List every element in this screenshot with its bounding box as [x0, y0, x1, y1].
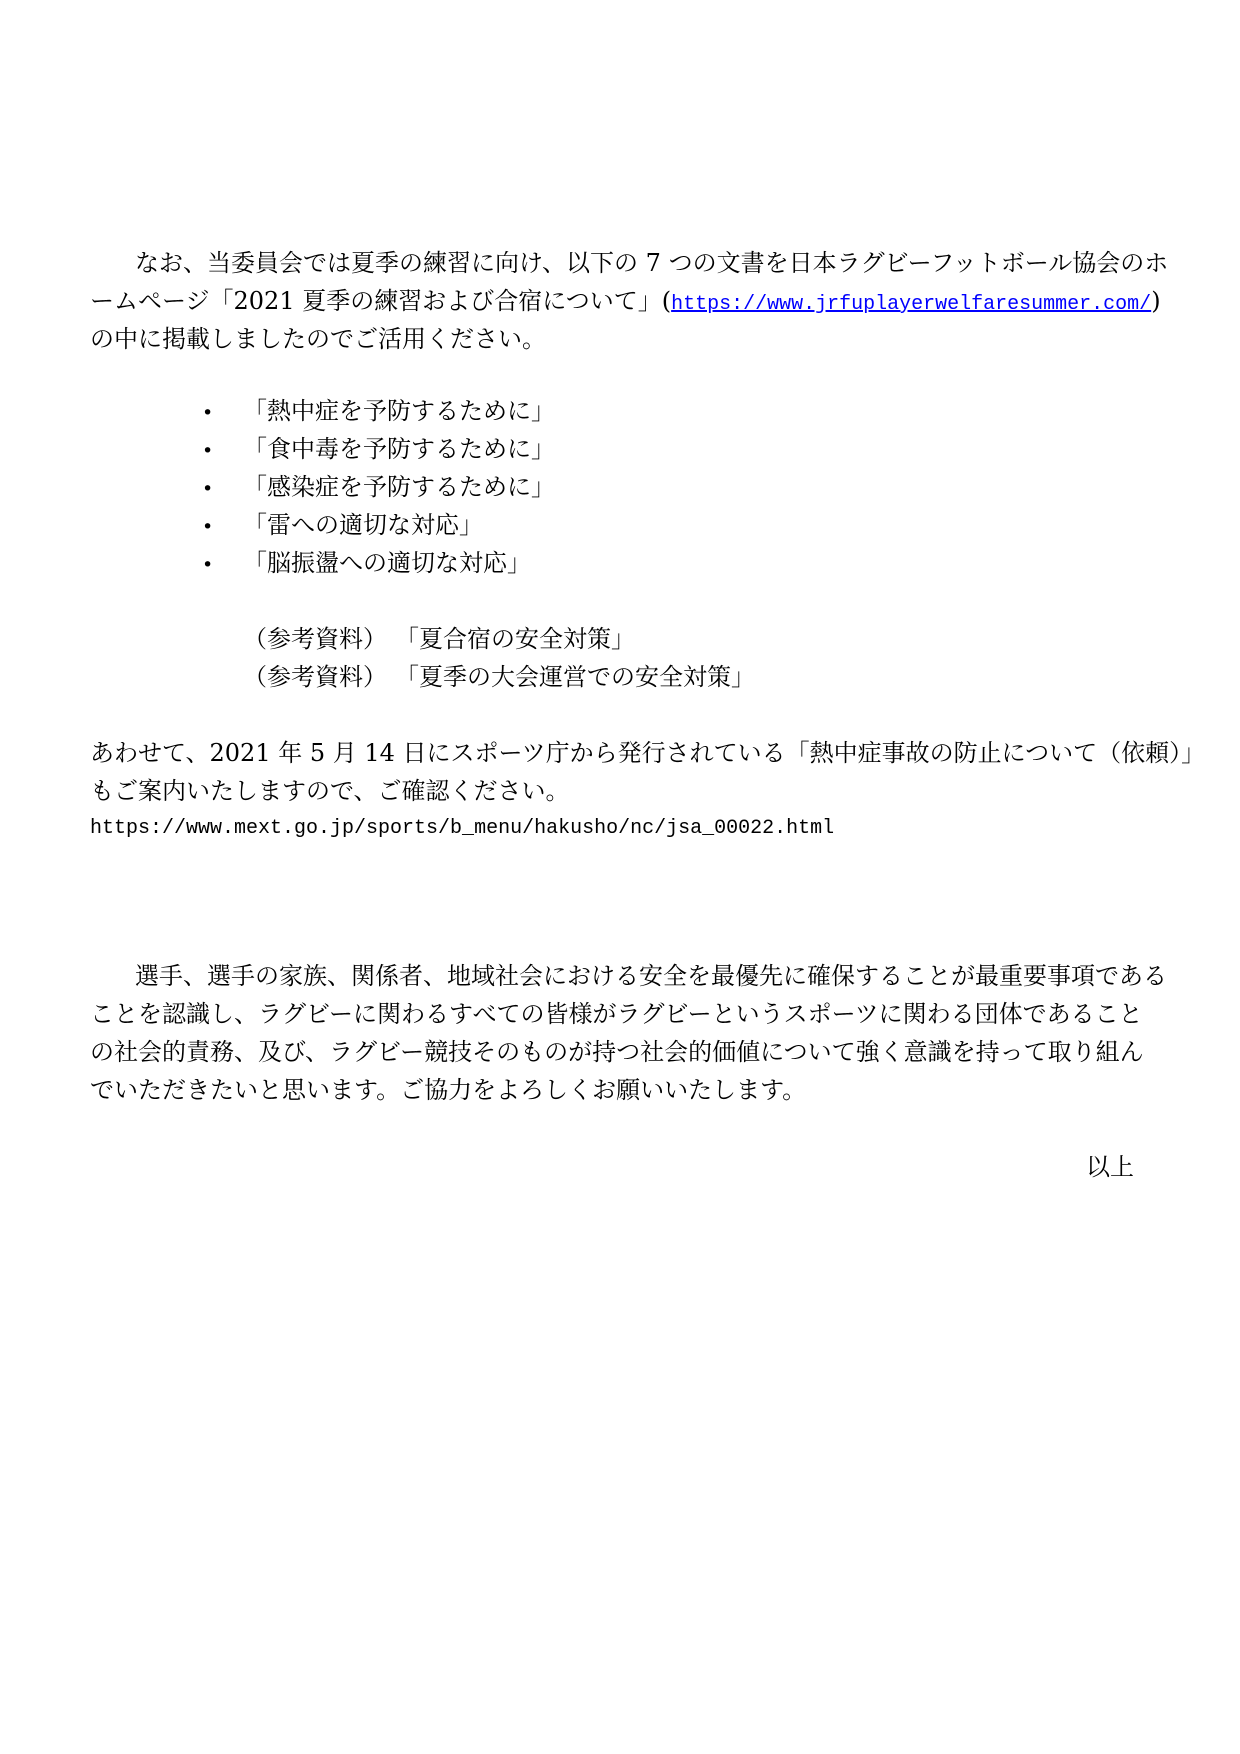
- sign-off: 以上: [1086, 1148, 1134, 1186]
- reference-label: （参考資料）: [243, 663, 387, 691]
- document-title: 「熱中症を予防するために」: [243, 397, 555, 425]
- bullet-icon: •: [202, 470, 243, 508]
- notice-line-2: もご案内いたしますので、ご確認ください。: [90, 772, 1146, 810]
- list-item: •「雷への適切な対応」: [202, 506, 555, 544]
- list-item: •「熱中症を予防するために」: [202, 392, 555, 430]
- bullet-icon: •: [202, 546, 243, 584]
- jrfu-summer-page-link[interactable]: https://www.jrfuplayerwelfaresummer.com/: [671, 293, 1151, 316]
- intro-line-3: の中に掲載しましたのでご活用ください。: [90, 320, 1146, 358]
- intro-line-2: ームページ「2021 夏季の練習および合宿について」(https://www.j…: [90, 282, 1146, 320]
- bullet-icon: •: [202, 508, 243, 546]
- intro-line-2-close-paren: ): [1151, 287, 1160, 315]
- list-item: •「脳振盪への適切な対応」: [202, 544, 555, 582]
- reference-title: 「夏合宿の安全対策」: [407, 625, 635, 653]
- document-page: なお、当委員会では夏季の練習に向け、以下の 7 つの文書を日本ラグビーフットボー…: [0, 0, 1240, 1754]
- mext-url-text: https://www.mext.go.jp/sports/b_menu/hak…: [90, 810, 1146, 848]
- list-item: •「食中毒を予防するために」: [202, 430, 555, 468]
- list-item: •「感染症を予防するために」: [202, 468, 555, 506]
- document-list: •「熱中症を予防するために」 •「食中毒を予防するために」 •「感染症を予防する…: [202, 392, 555, 582]
- document-title: 「脳振盪への適切な対応」: [243, 549, 531, 577]
- document-title: 「雷への適切な対応」: [243, 511, 483, 539]
- closing-line-2: ことを認識し、ラグビーに関わるすべての皆様がラグビーというスポーツに関わる団体で…: [90, 995, 1146, 1033]
- document-title: 「食中毒を予防するために」: [243, 435, 555, 463]
- reference-list: （参考資料）「夏合宿の安全対策」 （参考資料）「夏季の大会運営での安全対策」: [243, 620, 755, 696]
- notice-paragraph: あわせて、2021 年 5 月 14 日にスポーツ庁から発行されている「熱中症事…: [90, 734, 1146, 848]
- intro-paragraph: なお、当委員会では夏季の練習に向け、以下の 7 つの文書を日本ラグビーフットボー…: [90, 244, 1146, 358]
- closing-paragraph: 選手、選手の家族、関係者、地域社会における安全を最優先に確保することが最重要事項…: [90, 957, 1146, 1109]
- closing-line-4: でいただきたいと思います。ご協力をよろしくお願いいたします。: [90, 1071, 1146, 1109]
- closing-line-3: の社会的責務、及び、ラグビー競技そのものが持つ社会的価値について強く意識を持って…: [90, 1033, 1146, 1071]
- intro-line-1: なお、当委員会では夏季の練習に向け、以下の 7 つの文書を日本ラグビーフットボー…: [90, 244, 1146, 282]
- intro-line-2-text: ームページ「2021 夏季の練習および合宿について」(: [90, 287, 671, 315]
- reference-item: （参考資料）「夏合宿の安全対策」: [243, 620, 755, 658]
- document-title: 「感染症を予防するために」: [243, 473, 555, 501]
- closing-line-1: 選手、選手の家族、関係者、地域社会における安全を最優先に確保することが最重要事項…: [90, 957, 1146, 995]
- bullet-icon: •: [202, 394, 243, 432]
- reference-title: 「夏季の大会運営での安全対策」: [407, 663, 755, 691]
- bullet-icon: •: [202, 432, 243, 470]
- reference-label: （参考資料）: [243, 625, 387, 653]
- reference-item: （参考資料）「夏季の大会運営での安全対策」: [243, 658, 755, 696]
- notice-line-1: あわせて、2021 年 5 月 14 日にスポーツ庁から発行されている「熱中症事…: [90, 734, 1146, 772]
